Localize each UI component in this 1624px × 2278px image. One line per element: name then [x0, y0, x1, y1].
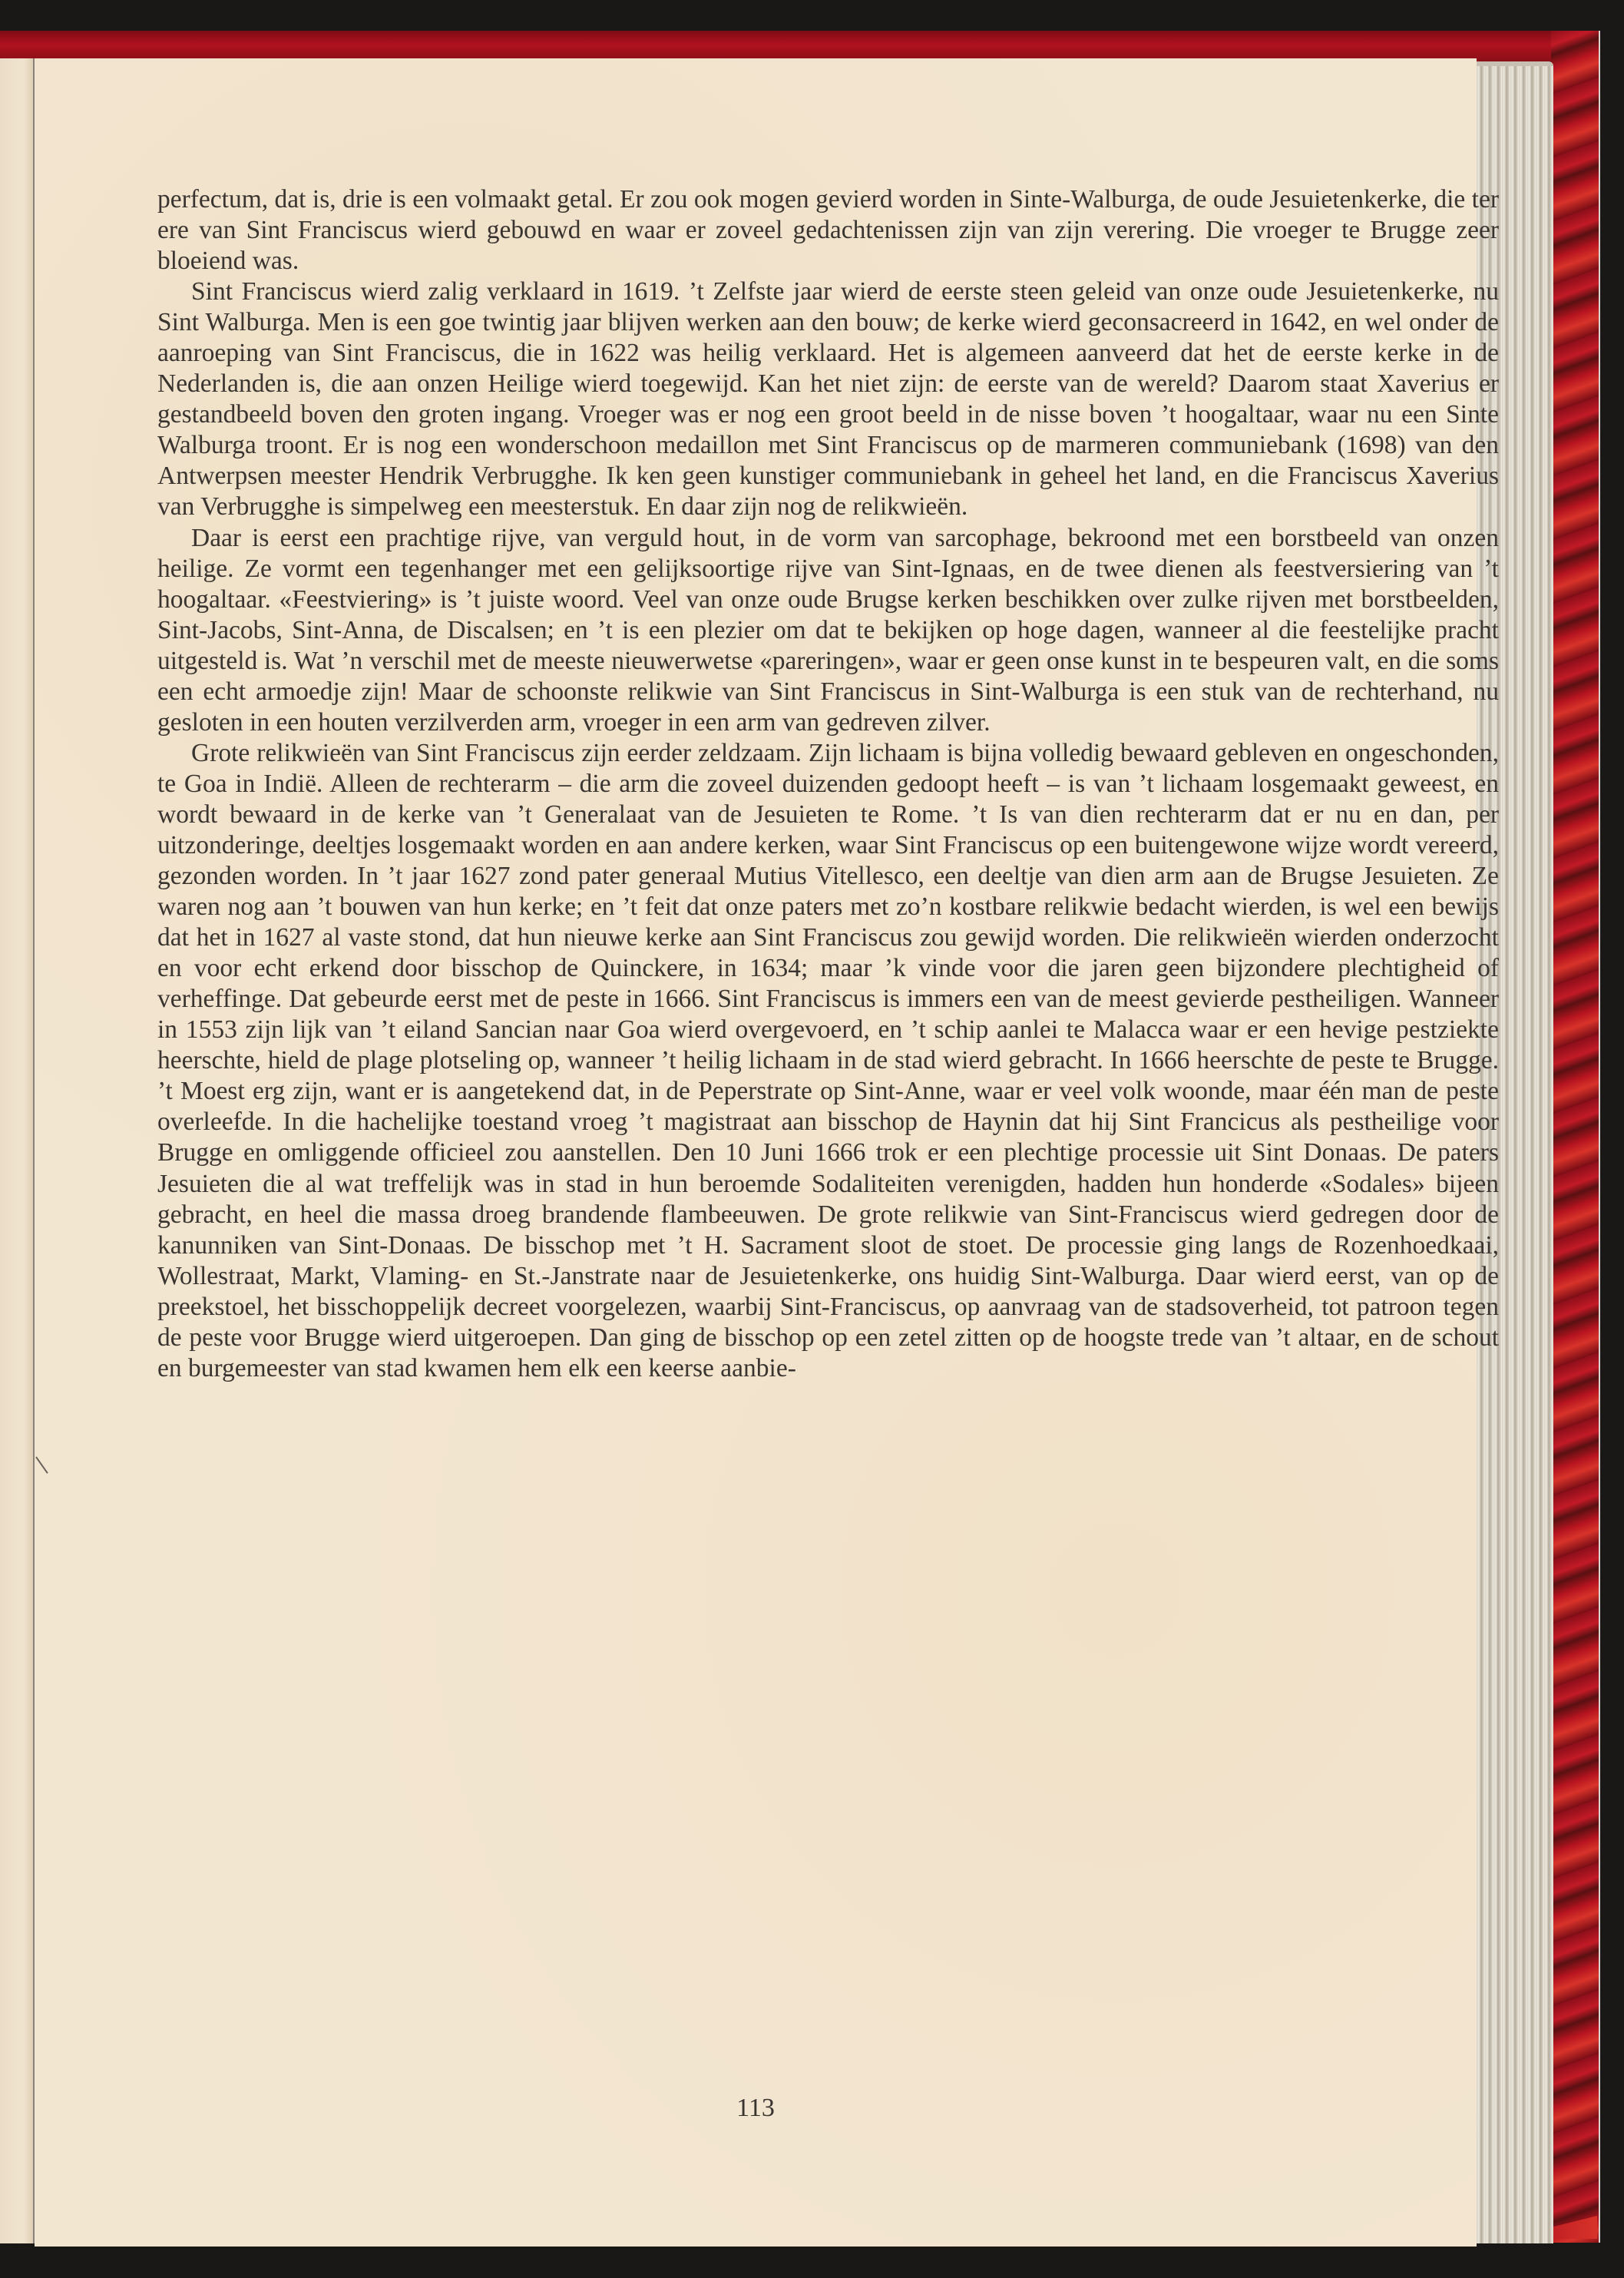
previous-page-sliver — [0, 58, 34, 2243]
paragraph: perfectum, dat is, drie is een volmaakt … — [157, 184, 1499, 276]
page-number: 113 — [35, 2094, 1477, 2123]
body-text: perfectum, dat is, drie is een volmaakt … — [157, 184, 1499, 1384]
paragraph: Sint Franciscus wierd zalig verklaard in… — [157, 276, 1499, 522]
paragraph: Daar is eerst een prachtige rijve, van v… — [157, 523, 1499, 738]
book-cover-top-edge — [0, 31, 1582, 61]
paragraph: Grote relikwieën van Sint Franciscus zij… — [157, 738, 1499, 1384]
book-cover-right-edge — [1551, 31, 1600, 2243]
